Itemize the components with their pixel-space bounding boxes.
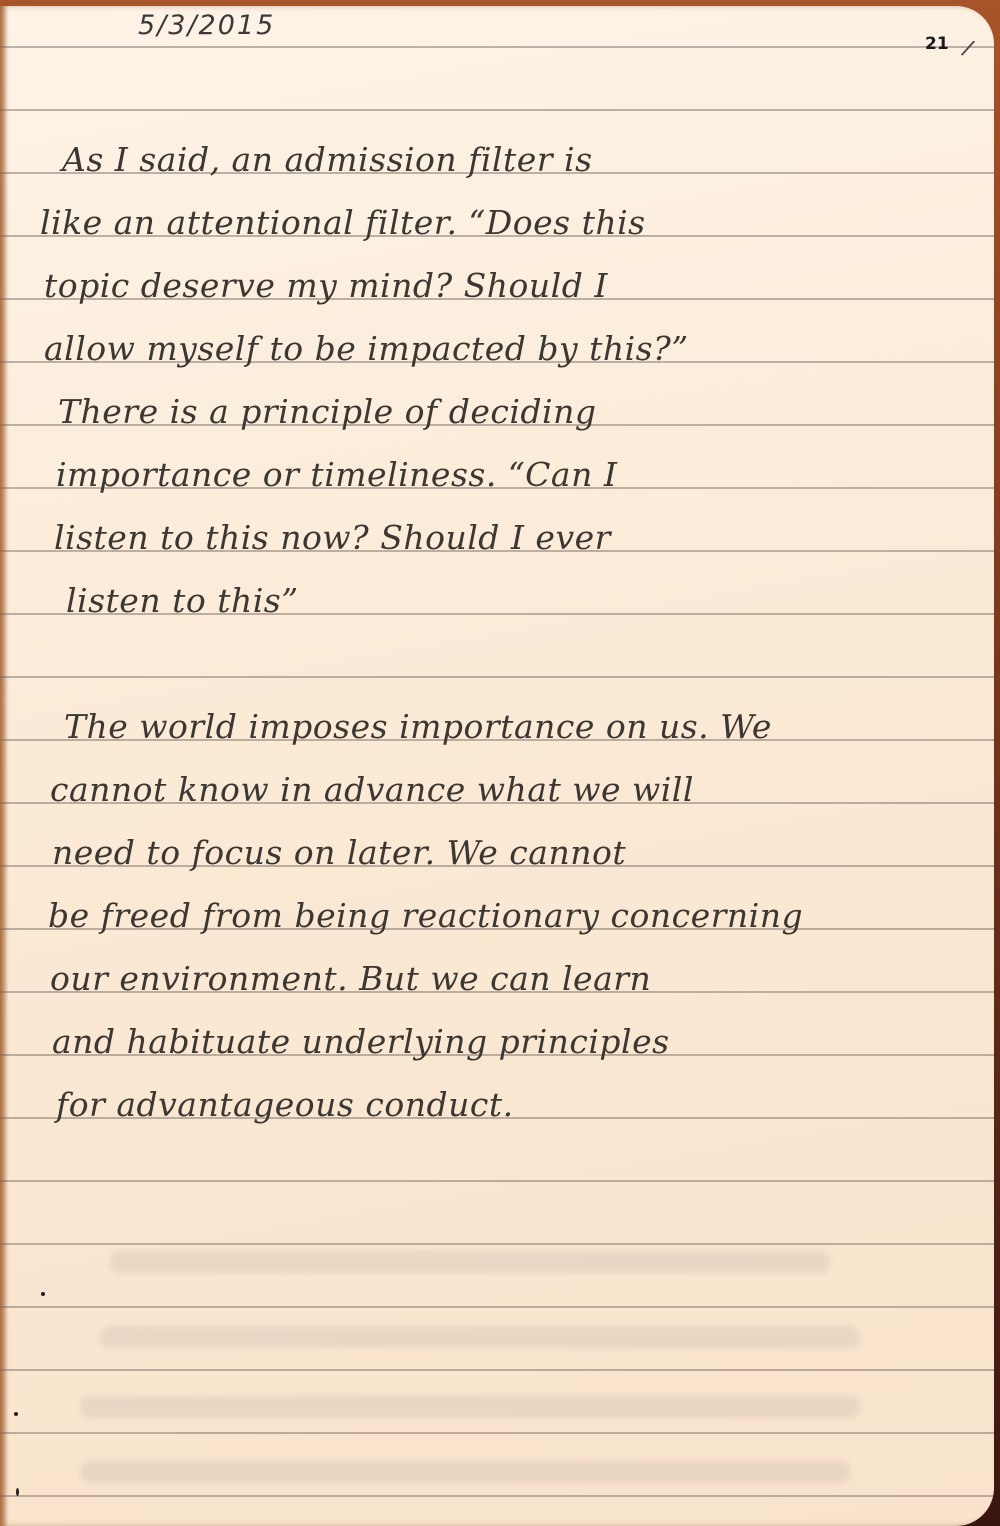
- handwritten-line: listen to this now? Should I ever: [54, 518, 611, 557]
- bleed-through-text: [100, 1326, 860, 1348]
- bleed-through-text: [110, 1251, 830, 1273]
- ruled-line: [0, 1243, 994, 1245]
- ruled-line: [0, 676, 994, 678]
- handwritten-line: There is a principle of deciding: [58, 392, 597, 431]
- ruled-line: [0, 1432, 994, 1434]
- ruled-line: [0, 46, 994, 48]
- entry-date: 5/3/2015: [138, 10, 275, 41]
- page-number: 21: [925, 34, 949, 54]
- bleed-through-text: [80, 1396, 860, 1418]
- pencil-speck: [41, 1292, 45, 1296]
- notebook-page: 5/3/2015 21 / As I said, an admission fi…: [0, 6, 994, 1526]
- bleed-through-text: [80, 1461, 850, 1483]
- handwritten-line: for advantageous conduct.: [56, 1085, 514, 1124]
- page-binding-edge: [0, 6, 8, 1526]
- page-corner-mark: /: [959, 36, 976, 62]
- handwritten-line: As I said, an admission filter is: [62, 140, 593, 179]
- handwritten-line: importance or timeliness. “Can I: [56, 455, 617, 494]
- handwritten-line: and habituate underlying principles: [52, 1022, 670, 1061]
- handwritten-line: need to focus on later. We cannot: [52, 833, 626, 872]
- handwritten-line: listen to this”: [66, 581, 299, 620]
- handwritten-line: topic deserve my mind? Should I: [44, 266, 608, 305]
- ruled-line: [0, 1369, 994, 1371]
- handwritten-line: our environment. But we can learn: [50, 959, 651, 998]
- pencil-speck: [14, 1412, 18, 1416]
- ruled-line: [0, 1495, 994, 1497]
- ruled-line: [0, 109, 994, 111]
- handwritten-line: cannot know in advance what we will: [50, 770, 694, 809]
- handwritten-line: allow myself to be impacted by this?”: [44, 329, 689, 368]
- handwritten-line: like an attentional filter. “Does this: [40, 203, 646, 242]
- photo-scene: 5/3/2015 21 / As I said, an admission fi…: [0, 0, 1000, 1526]
- ruled-line: [0, 1306, 994, 1308]
- ruled-line: [0, 1180, 994, 1182]
- pencil-speck: [16, 1488, 19, 1496]
- handwritten-line: The world imposes importance on us. We: [64, 707, 772, 746]
- handwritten-line: be freed from being reactionary concerni…: [48, 896, 803, 935]
